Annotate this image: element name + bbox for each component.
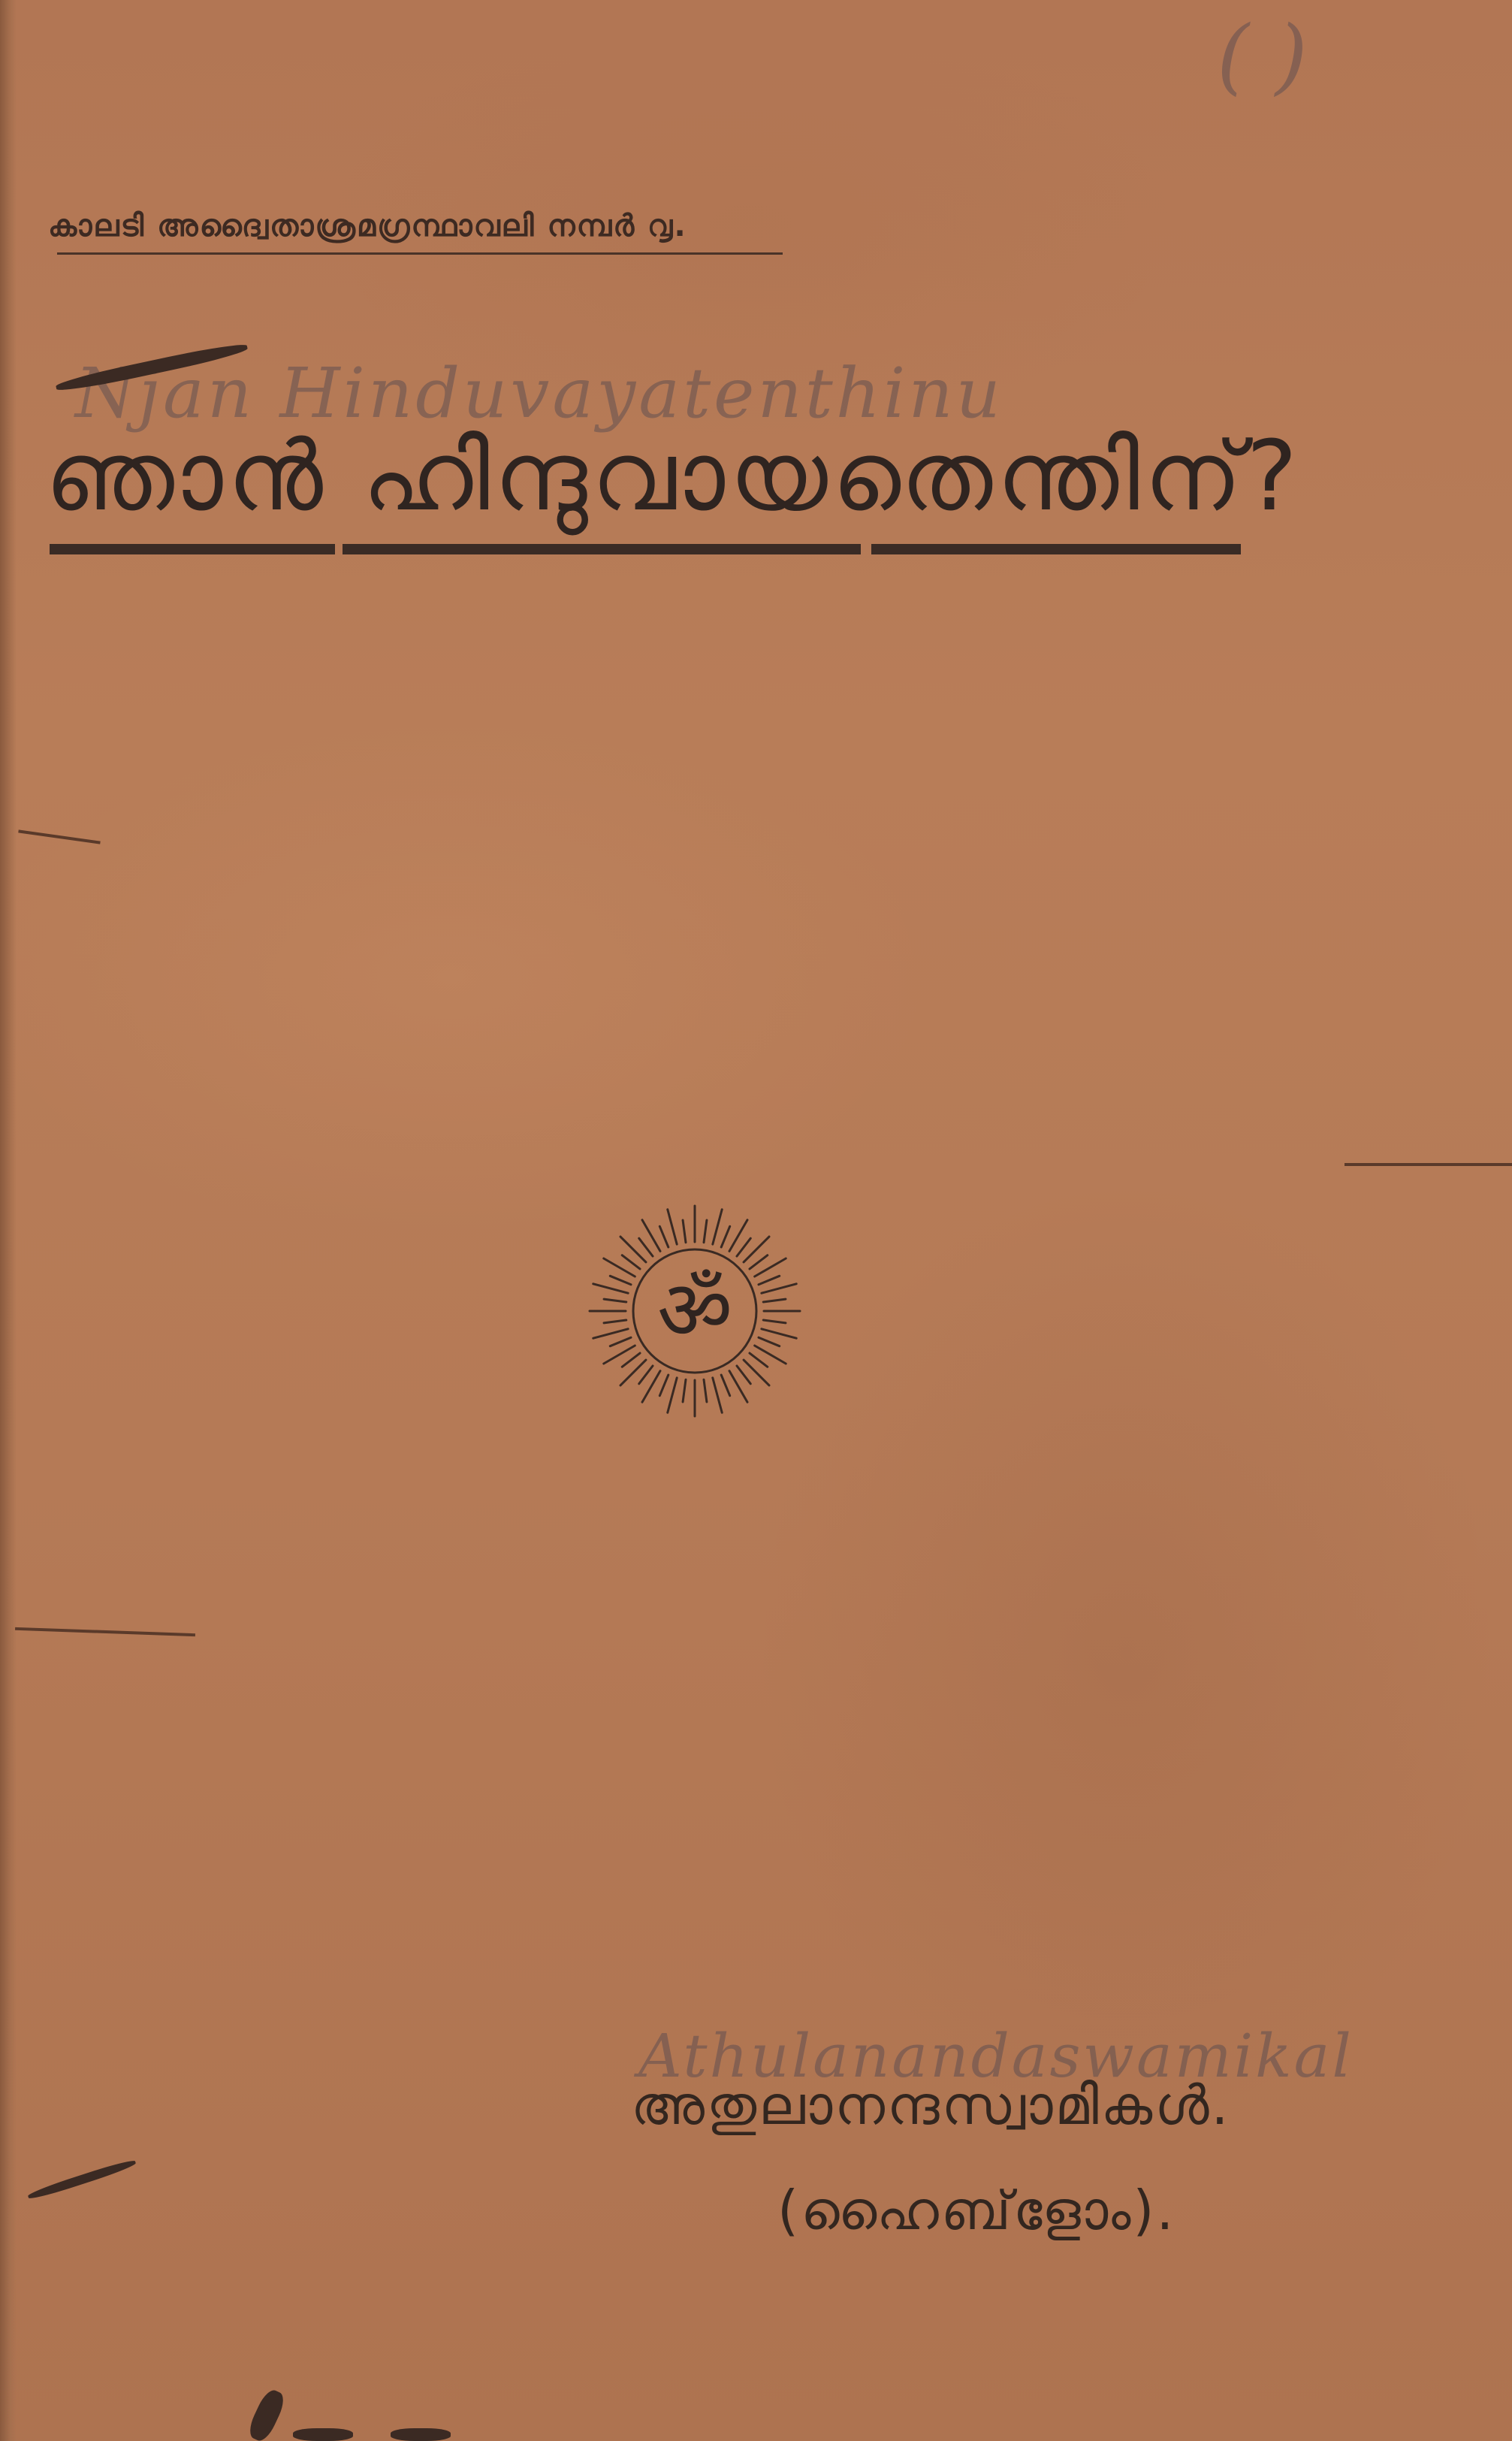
author-name: അതുലാനന്ദസ്വാമികൾ. — [631, 2074, 1230, 2138]
spine-edge — [0, 0, 17, 2441]
ink-smudge — [391, 2428, 451, 2441]
title-rule-segment — [871, 544, 1241, 554]
ink-smudge — [293, 2428, 353, 2441]
pencil-corner-note: ( ) — [1217, 8, 1308, 104]
book-title: ഞാൻ ഹിന്ദുവായതെന്തിന്? — [45, 421, 1277, 534]
paper-crack — [1345, 1163, 1512, 1166]
title-rule-segment — [50, 544, 335, 554]
author-alias: (ഹൈബ്‌ളോം). — [777, 2179, 1175, 2243]
paper-crack — [18, 829, 100, 844]
ink-smudge — [27, 2158, 137, 2201]
title-rule-segment — [343, 544, 861, 554]
svg-text:ॐ: ॐ — [657, 1262, 732, 1358]
series-label: കാലടി അദ്വൈതാശ്രമഗ്രന്ഥാവലി നമ്പർ ൮. — [48, 209, 784, 243]
series-underline — [57, 252, 783, 255]
paper-crack — [15, 1627, 195, 1636]
book-cover-page: ( ) കാലടി അദ്വൈതാശ്രമഗ്രന്ഥാവലി നമ്പർ ൮.… — [0, 0, 1512, 2441]
om-sun-icon: ॐ — [586, 1202, 804, 1420]
ink-smudge — [246, 2387, 288, 2441]
